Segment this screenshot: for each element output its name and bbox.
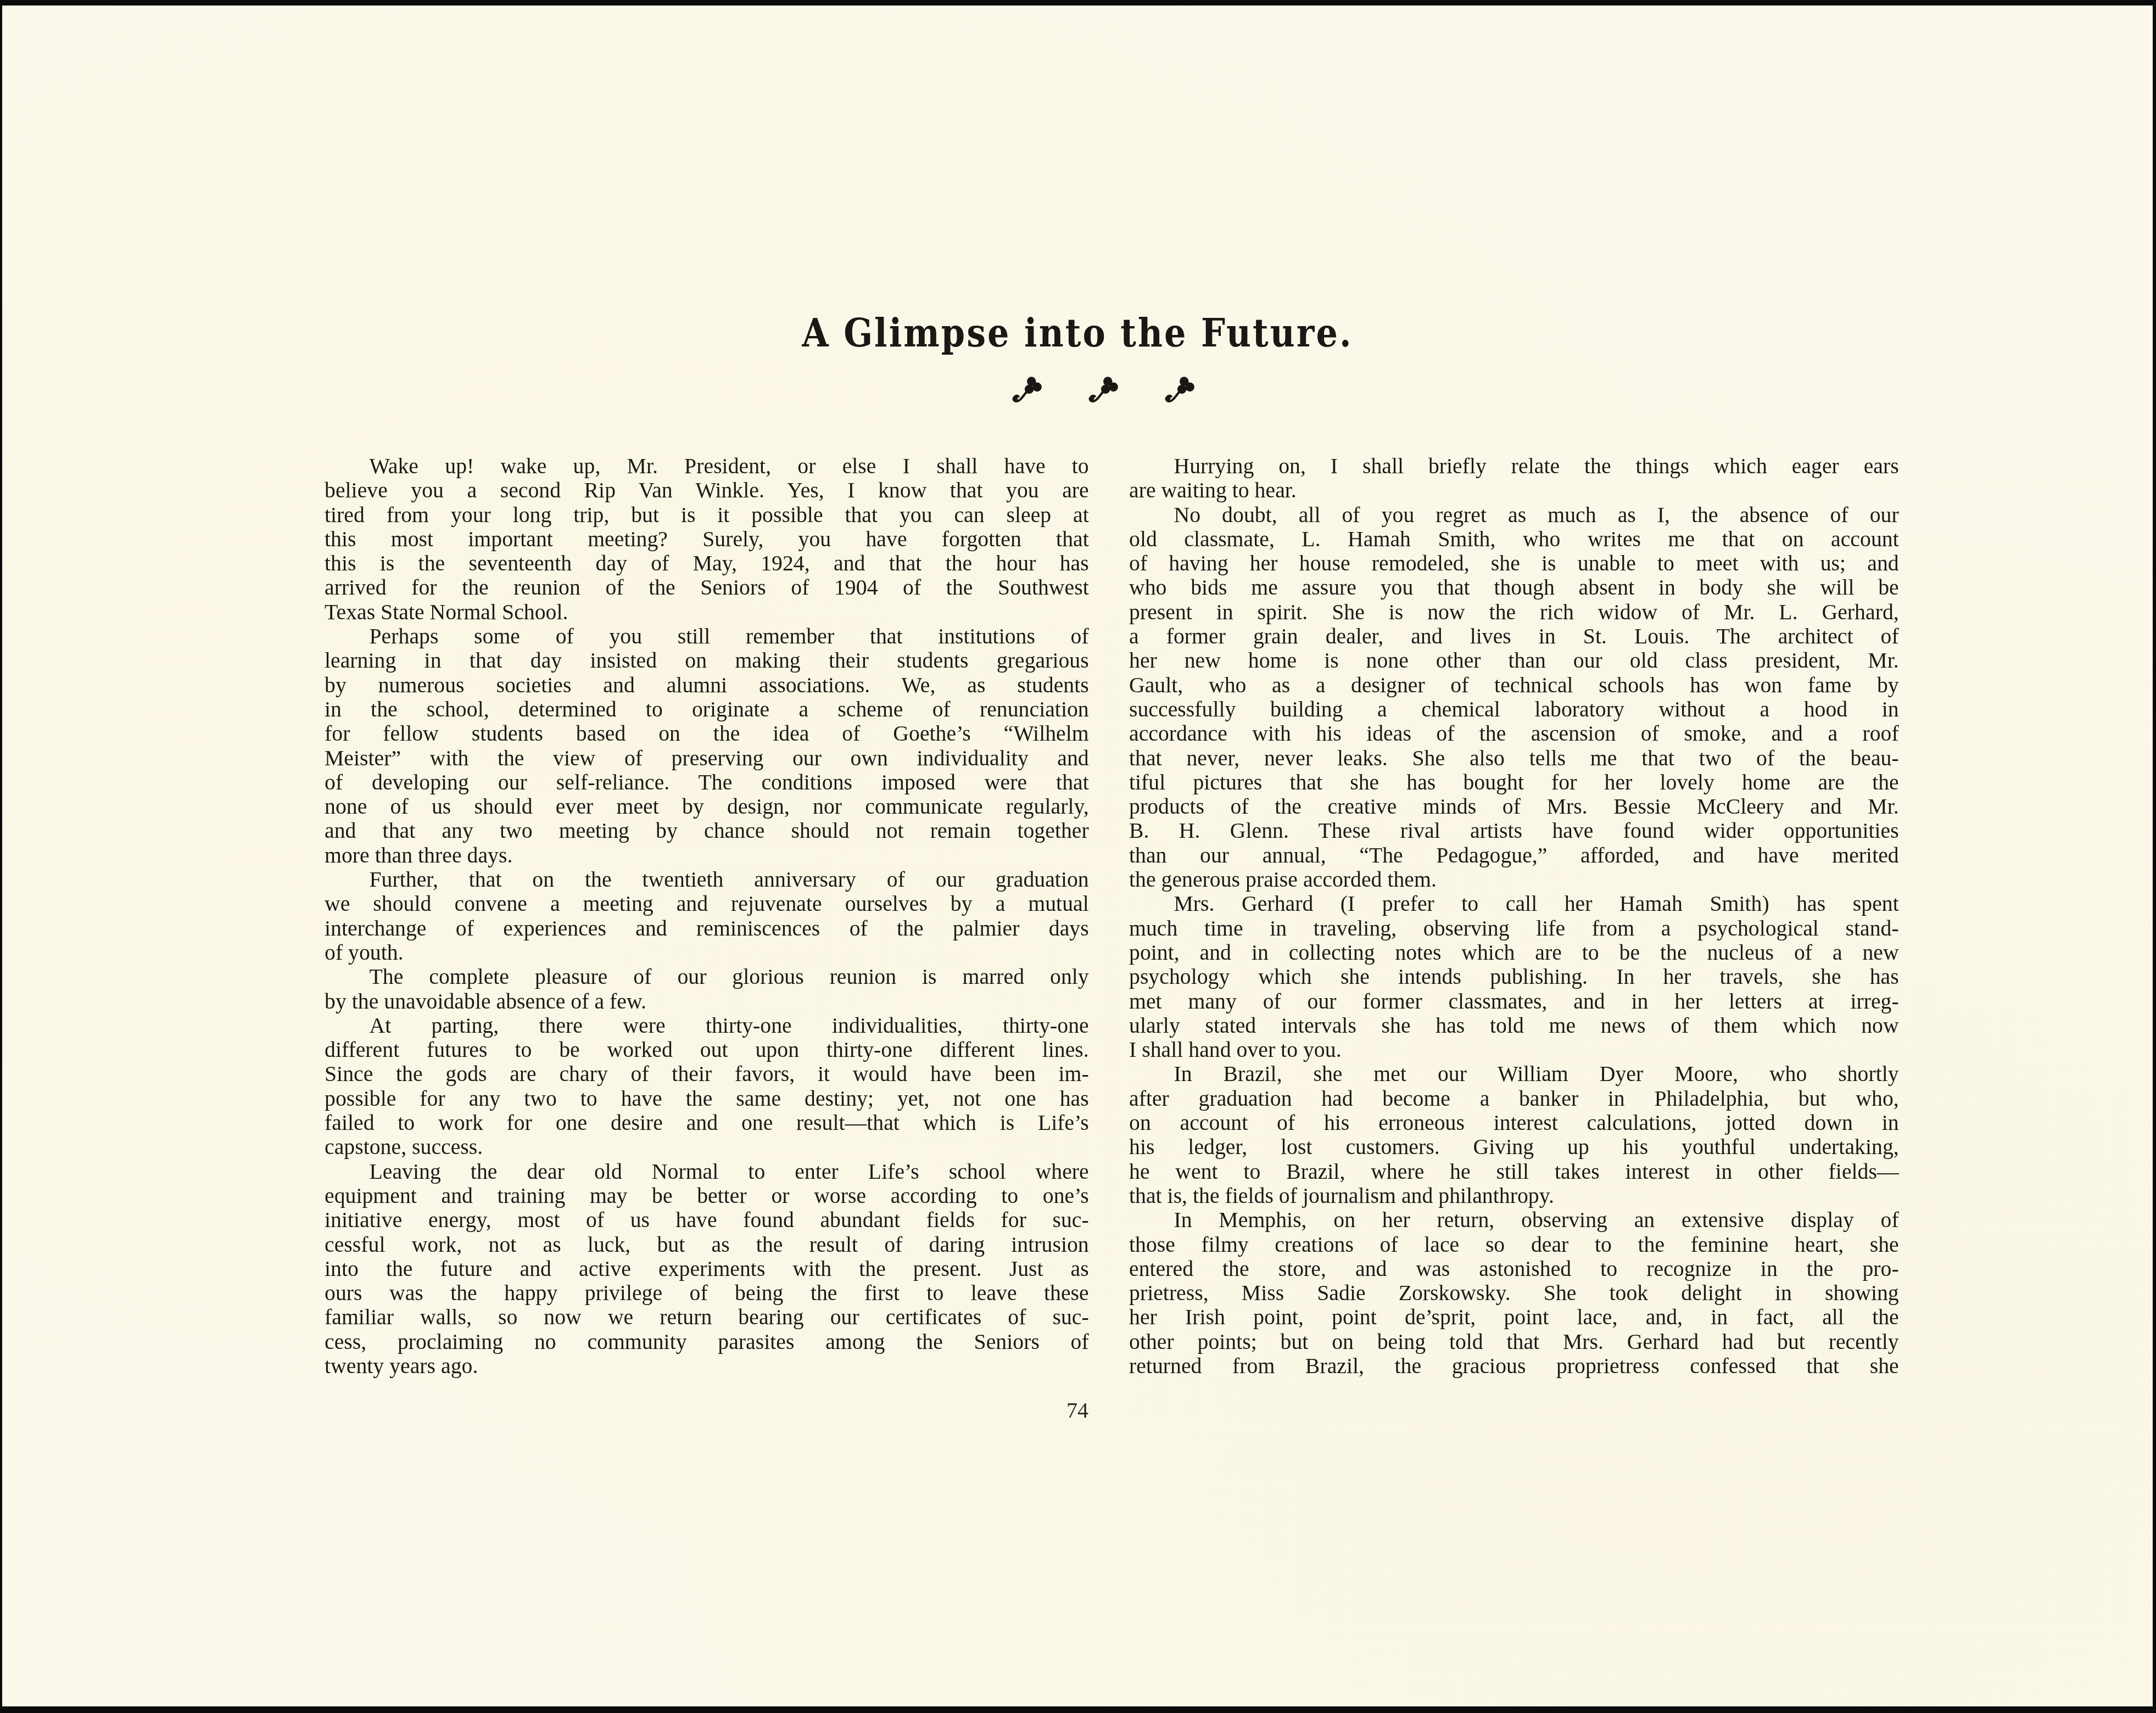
- text-line: Hurrying on, I shall briefly relate the …: [1129, 454, 1899, 478]
- text-line: the generous praise accorded them.: [1129, 867, 1899, 891]
- text-line: equipment and training may be better or …: [325, 1183, 1089, 1207]
- text-line: of having her house remodeled, she is un…: [1129, 551, 1899, 575]
- text-line: her Irish point, point de’sprit, point l…: [1129, 1305, 1899, 1329]
- text-line: of developing our self-reliance. The con…: [325, 770, 1089, 794]
- text-line: Leaving the dear old Normal to enter Lif…: [325, 1159, 1089, 1183]
- text-line: successfully building a chemical laborat…: [1129, 697, 1899, 721]
- text-line: who bids me assure you that though absen…: [1129, 575, 1899, 599]
- text-line: in the school, determined to originate a…: [325, 697, 1089, 721]
- text-line: and that any two meeting by chance shoul…: [325, 818, 1089, 842]
- text-line: capstone, success.: [325, 1134, 1089, 1158]
- text-line: Further, that on the twentieth anniversa…: [325, 867, 1089, 891]
- text-line: B. H. Glenn. These rival artists have fo…: [1129, 818, 1899, 842]
- text-line: Since the gods are chary of their favors…: [325, 1061, 1089, 1085]
- text-line: by numerous societies and alumni associa…: [325, 673, 1089, 697]
- book-page: A Glimpse into the Future.: [2, 5, 2153, 1706]
- text-line: tiful pictures that she has bought for h…: [1129, 770, 1899, 794]
- text-line: entered the store, and was astonished to…: [1129, 1256, 1899, 1280]
- text-line: none of us should ever meet by design, n…: [325, 794, 1089, 818]
- text-line: In Memphis, on her return, observing an …: [1129, 1207, 1899, 1231]
- text-line: Wake up! wake up, Mr. President, or else…: [325, 454, 1089, 478]
- text-line: into the future and active experiments w…: [325, 1256, 1089, 1280]
- text-line: different futures to be worked out upon …: [325, 1037, 1089, 1061]
- text-line: than our annual, “The Pedagogue,” afford…: [1129, 843, 1899, 867]
- text-line: met many of our former classmates, and i…: [1129, 989, 1899, 1013]
- text-line: No doubt, all of you regret as much as I…: [1129, 502, 1899, 527]
- text-line: returned from Brazil, the gracious propr…: [1129, 1353, 1899, 1378]
- text-line: cessful work, not as luck, but as the re…: [325, 1232, 1089, 1256]
- text-line: her new home is none other than our old …: [1129, 648, 1899, 672]
- text-line: The complete pleasure of our glorious re…: [325, 964, 1089, 988]
- text-line: psychology which she intends publishing.…: [1129, 964, 1899, 988]
- text-line: Meister” with the view of preserving our…: [325, 746, 1089, 770]
- text-line: Texas State Normal School.: [325, 600, 1089, 624]
- text-line: cess, proclaiming no community parasites…: [325, 1329, 1089, 1353]
- text-line: Perhaps some of you still remember that …: [325, 624, 1089, 648]
- text-line: ularly stated intervals she has told me …: [1129, 1013, 1899, 1037]
- text-line: that never, never leaks. She also tells …: [1129, 746, 1899, 770]
- text-line: on account of his erroneous interest cal…: [1129, 1110, 1899, 1134]
- text-line: interchange of experiences and reminisce…: [325, 916, 1089, 940]
- text-line: Gault, who as a designer of technical sc…: [1129, 673, 1899, 697]
- text-line: possible for any two to have the same de…: [325, 1086, 1089, 1110]
- page-number: 74: [2, 1397, 2153, 1423]
- text-line: old classmate, L. Hamah Smith, who write…: [1129, 527, 1899, 551]
- text-line: initiative energy, most of us have found…: [325, 1207, 1089, 1231]
- shamrock-fleuron-icon: [1010, 372, 1044, 406]
- text-line: prietress, Miss Sadie Zorskowsky. She to…: [1129, 1280, 1899, 1305]
- text-line: products of the creative minds of Mrs. B…: [1129, 794, 1899, 818]
- text-line: Mrs. Gerhard (I prefer to call her Hamah…: [1129, 891, 1899, 915]
- shamrock-fleuron-icon: [1086, 372, 1120, 406]
- text-line: for fellow students based on the idea of…: [325, 721, 1089, 745]
- text-line: twenty years ago.: [325, 1353, 1089, 1378]
- text-line: In Brazil, she met our William Dyer Moor…: [1129, 1061, 1899, 1085]
- text-line: much time in traveling, observing life f…: [1129, 916, 1899, 940]
- text-line: I shall hand over to you.: [1129, 1037, 1899, 1061]
- text-line: that is, the fields of journalism and ph…: [1129, 1183, 1899, 1207]
- text-line: point, and in collecting notes which are…: [1129, 940, 1899, 964]
- text-line: this most important meeting? Surely, you…: [325, 527, 1089, 551]
- text-line: are waiting to hear.: [1129, 478, 1899, 502]
- text-line: this is the seventeenth day of May, 1924…: [325, 551, 1089, 575]
- shamrock-fleuron-icon: [1163, 372, 1197, 406]
- text-line: he went to Brazil, where he still takes …: [1129, 1159, 1899, 1183]
- text-line: present in spirit. She is now the rich w…: [1129, 600, 1899, 624]
- text-line: arrived for the reunion of the Seniors o…: [325, 575, 1089, 599]
- text-line: by the unavoidable absence of a few.: [325, 989, 1089, 1013]
- text-line: his ledger, lost customers. Giving up hi…: [1129, 1134, 1899, 1158]
- text-line: ours was the happy privilege of being th…: [325, 1280, 1089, 1305]
- text-line: familiar walls, so now we return bearing…: [325, 1305, 1089, 1329]
- text-line: tired from your long trip, but is it pos…: [325, 502, 1089, 527]
- page-title: A Glimpse into the Future.: [2, 310, 2153, 356]
- text-line: failed to work for one desire and one re…: [325, 1110, 1089, 1134]
- text-line: those filmy creations of lace so dear to…: [1129, 1232, 1899, 1256]
- ornament-row: [1010, 372, 1197, 411]
- text-line: after graduation had become a banker in …: [1129, 1086, 1899, 1110]
- text-line: a former grain dealer, and lives in St. …: [1129, 624, 1899, 648]
- text-line: At parting, there were thirty-one indivi…: [325, 1013, 1089, 1037]
- right-text-column: Hurrying on, I shall briefly relate the …: [1129, 454, 1900, 1378]
- left-text-column: Wake up! wake up, Mr. President, or else…: [325, 454, 1090, 1378]
- text-line: more than three days.: [325, 843, 1089, 867]
- text-line: believe you a second Rip Van Winkle. Yes…: [325, 478, 1089, 502]
- text-line: of youth.: [325, 940, 1089, 964]
- text-line: learning in that day insisted on making …: [325, 648, 1089, 672]
- text-line: we should convene a meeting and rejuvena…: [325, 891, 1089, 915]
- text-line: other points; but on being told that Mrs…: [1129, 1329, 1899, 1353]
- text-line: accordance with his ideas of the ascensi…: [1129, 721, 1899, 745]
